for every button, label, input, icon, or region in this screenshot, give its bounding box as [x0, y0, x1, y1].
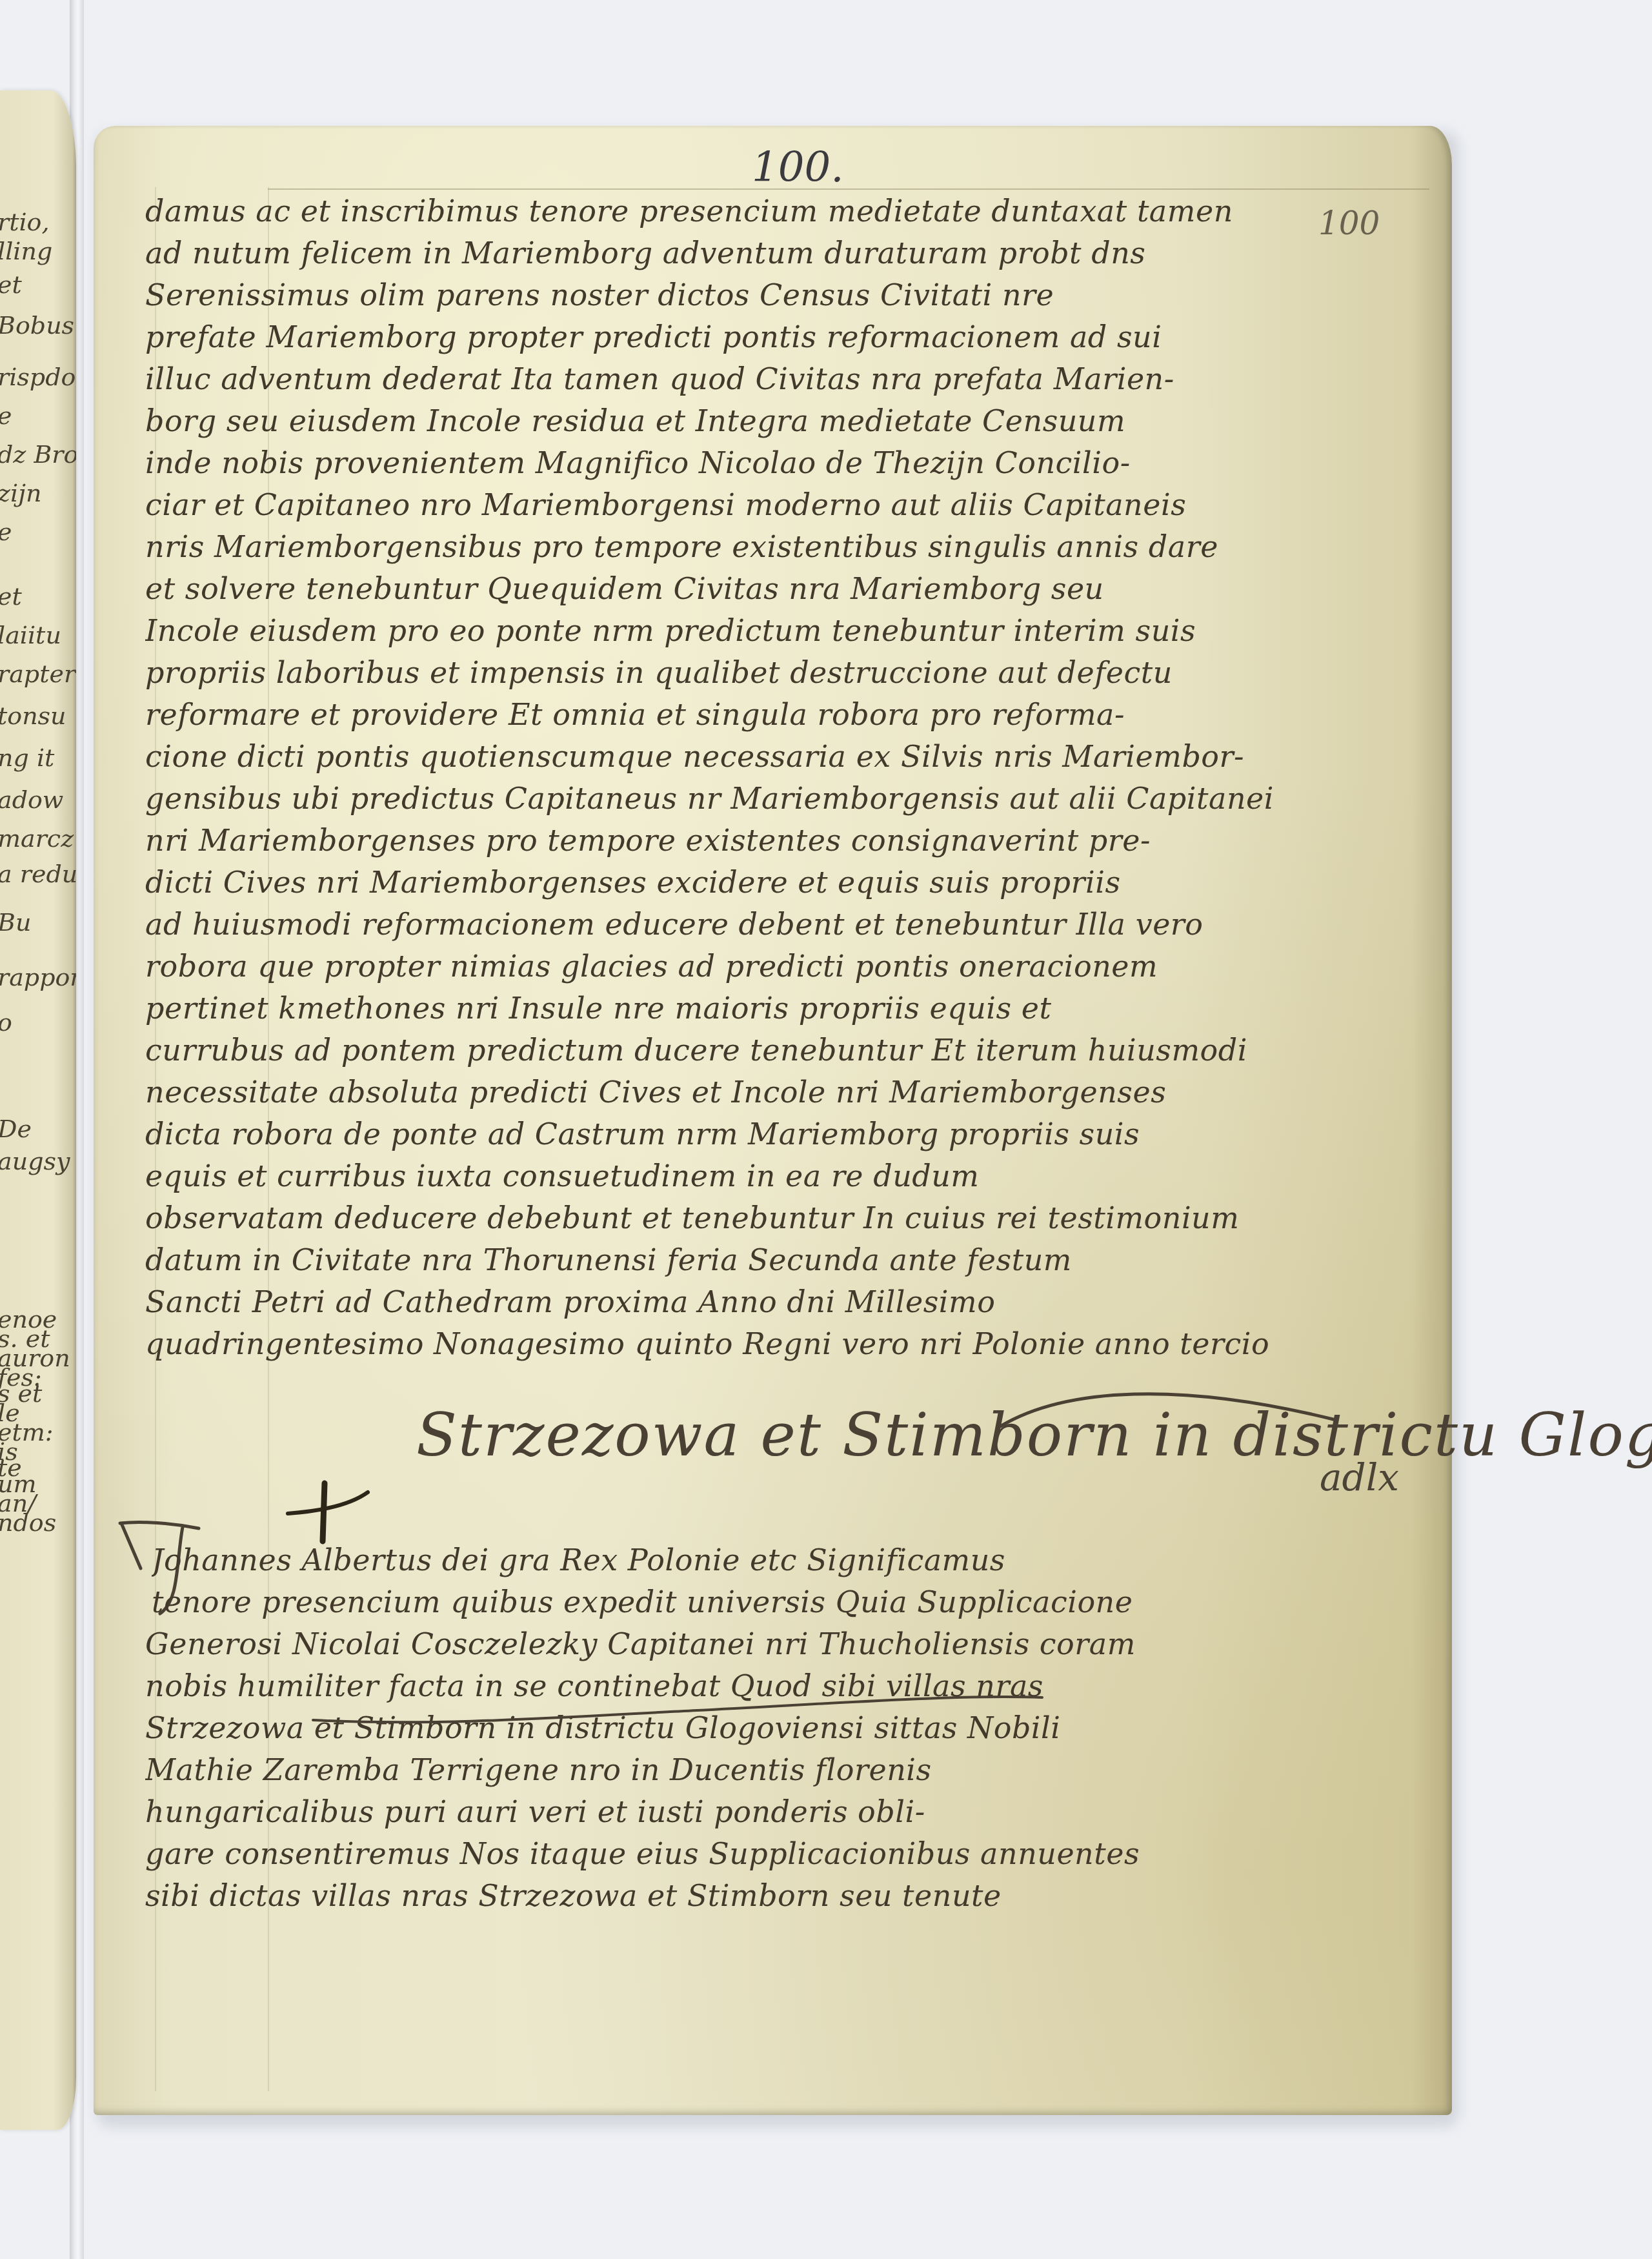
left-fragment: et [0, 272, 22, 297]
text-line: ad nutum felicem in Mariemborg adventum … [145, 236, 1345, 270]
text-line: nri Mariemborgenses pro tempore existent… [145, 823, 1345, 858]
left-fragment: e [0, 520, 12, 544]
text-line: ad huiusmodi reformacionem educere deben… [145, 907, 1345, 942]
text-line: gensibus ubi predictus Capitaneus nr Mar… [145, 781, 1345, 816]
left-fragment: zijn [0, 481, 41, 505]
text-line: hungaricalibus puri auri veri et iusti p… [145, 1794, 1345, 1829]
text-line: necessitate absoluta predicti Cives et I… [145, 1075, 1345, 1109]
cross-mark-icon [283, 1478, 373, 1549]
text-line: tenore presencium quibus expedit univers… [152, 1585, 1352, 1619]
text-line: prefate Mariemborg propter predicti pont… [145, 319, 1345, 354]
text-line: reformare et providere Et omnia et singu… [145, 697, 1345, 732]
margin-annotation: adlx [1320, 1455, 1399, 1499]
text-line: currubus ad pontem predictum ducere tene… [145, 1033, 1345, 1068]
text-line: equis et curribus iuxta consuetudinem in… [145, 1159, 1345, 1193]
underline-stroke-icon [310, 1691, 1045, 1730]
left-fragment: ng it [0, 745, 54, 770]
text-line: pertinet kmethones nri Insule nre maiori… [145, 991, 1345, 1026]
left-fragment: rtio, [0, 210, 50, 234]
text-line: borg seu eiusdem Incole residua et Integ… [145, 403, 1345, 438]
text-line: illuc adventum dederat Ita tamen quod Ci… [145, 361, 1345, 396]
text-line: et solvere tenebuntur Quequidem Civitas … [145, 571, 1345, 606]
text-line: Incole eiusdem pro eo ponte nrm predictu… [145, 613, 1345, 648]
left-page-margin-text: rtio, lling et Bobus rispdot e dz Broze … [0, 90, 76, 2130]
text-line: Serenissimus olim parens noster dictos C… [145, 278, 1345, 312]
text-line: cione dicti pontis quotienscumque necess… [145, 739, 1345, 774]
left-fragment: rapteris [0, 662, 76, 686]
top-tab-crease [268, 188, 1429, 190]
text-line: Sancti Petri ad Cathedram proxima Anno d… [145, 1284, 1345, 1319]
text-line: inde nobis provenientem Magnifico Nicola… [145, 445, 1345, 480]
left-fragment: et [0, 584, 22, 609]
left-fragment: adow [0, 787, 63, 812]
left-fragment: laiitu [0, 623, 61, 647]
text-line: sibi dictas villas nras Strzezowa et Sti… [145, 1878, 1345, 1913]
heading-flourish-icon [987, 1381, 1349, 1452]
text-line: nris Mariemborgensibus pro tempore exist… [145, 529, 1345, 564]
text-line: damus ac et inscribimus tenore presenciu… [145, 194, 1345, 228]
text-line: robora que propter nimias glacies ad pre… [145, 949, 1345, 984]
left-fragment: e [0, 403, 12, 428]
left-fragment: dz Broze [0, 442, 76, 467]
left-fragment: rapponsu [0, 965, 76, 989]
text-line: observatam deducere debebunt et tenebunt… [145, 1200, 1345, 1235]
text-line: gare consentiremus Nos itaque eius Suppl… [145, 1836, 1345, 1871]
text-line: propriis laboribus et impensis in qualib… [145, 655, 1345, 690]
left-fragment: o [0, 1010, 12, 1035]
left-fragment: De [0, 1117, 32, 1141]
left-fragment: rispdot [0, 365, 76, 389]
left-fragment: Bu [0, 910, 31, 935]
text-line: datum in Civitate nra Thorunensi feria S… [145, 1242, 1345, 1277]
text-line: ciar et Capitaneo nro Mariemborgensi mod… [145, 487, 1345, 522]
left-fragment: marcz [0, 826, 74, 851]
text-line: quadringentesimo Nonagesimo quinto Regni… [145, 1326, 1345, 1361]
text-line: Johannes Albertus dei gra Rex Polonie et… [152, 1543, 1352, 1577]
text-line: dicta robora de ponte ad Castrum nrm Mar… [145, 1117, 1345, 1151]
text-line: Mathie Zaremba Terrigene nro in Ducentis… [145, 1752, 1345, 1787]
folio-number: 100. [752, 144, 844, 192]
left-fragment: Bobus [0, 313, 74, 338]
left-fragment: tonsu [0, 704, 66, 728]
text-line: Generosi Nicolai Cosczelezky Capitanei n… [145, 1626, 1345, 1661]
text-line: dicti Cives nri Mariemborgenses excidere… [145, 865, 1345, 900]
left-fragment: a redure [0, 862, 76, 886]
left-fragment: lling [0, 239, 52, 263]
left-fragment: ndos [0, 1510, 56, 1535]
left-fragment: augsy [0, 1149, 70, 1173]
left-page: rtio, lling et Bobus rispdot e dz Broze … [0, 90, 76, 2130]
